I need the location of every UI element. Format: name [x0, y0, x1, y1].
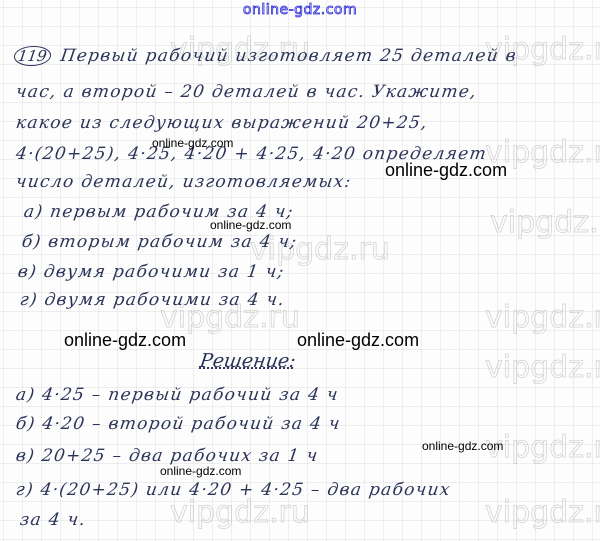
solution-line-g-cont: за 4 ч.: [19, 510, 88, 530]
overlay-watermark: online-gdz.com: [210, 218, 291, 232]
task-line-2: час, а второй – 20 деталей в час. Укажит…: [15, 82, 479, 102]
solution-line-g: г) 4·(20+25) или 4·20 + 4·25 – два рабоч…: [15, 480, 453, 500]
task-text: Первый рабочий изготовляет 25 деталей в: [59, 46, 518, 66]
overlay-watermark: online-gdz.com: [422, 439, 503, 453]
overlay-watermark: online-gdz.com: [385, 160, 507, 181]
header-watermark: online-gdz.com: [0, 2, 600, 18]
background-watermark: vipgdz.ru: [485, 495, 600, 530]
background-watermark: vipgdz.ru: [490, 205, 600, 240]
overlay-watermark: online-gdz.com: [64, 330, 186, 351]
task-item-g: г) двумя рабочими за 4 ч.: [19, 290, 287, 310]
solution-title: Решение:: [198, 350, 297, 372]
task-item-v: в) двумя рабочими за 1 ч;: [17, 262, 286, 282]
overlay-watermark: online-gdz.com: [297, 330, 419, 351]
background-watermark: vipgdz.ru: [485, 300, 600, 335]
task-number: 119: [13, 46, 52, 66]
task-line-1: 119Первый рабочий изготовляет 25 деталей…: [13, 46, 519, 66]
overlay-watermark: online-gdz.com: [152, 136, 233, 150]
background-watermark: vipgdz.ru: [485, 350, 600, 385]
task-line-3: какое из следующих выражений 20+25,: [15, 113, 430, 133]
task-item-b: б) вторым рабочим за 4 ч;: [21, 232, 299, 252]
task-line-5: число деталей, изготовляемых:: [15, 172, 353, 192]
solution-line-a: а) 4·25 – первый рабочий за 4 ч: [15, 385, 341, 405]
notebook-page: online-gdz.com vipgdz.ru vipgdz.ru vipgd…: [0, 0, 600, 541]
solution-line-b: б) 4·20 – второй рабочий за 4 ч: [15, 414, 343, 434]
background-watermark: vipgdz.ru: [170, 495, 310, 530]
overlay-watermark: online-gdz.com: [160, 464, 241, 478]
solution-line-v: в) 20+25 – два рабочих за 1 ч: [15, 446, 320, 466]
